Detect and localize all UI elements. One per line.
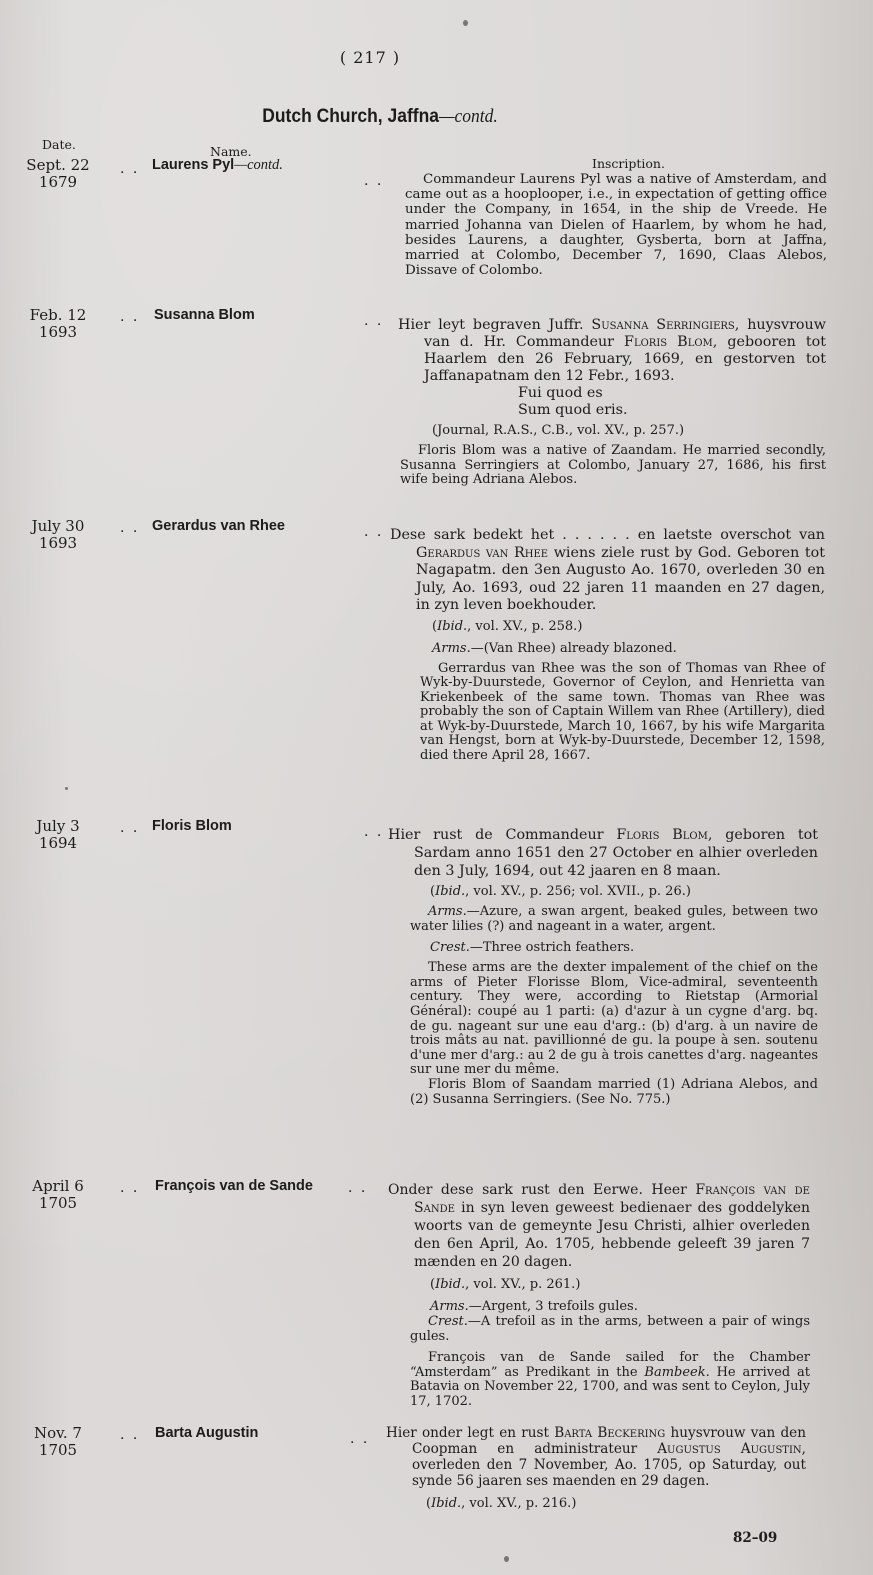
date-day: July 30 [18,518,98,535]
entry-date: April 61705 [18,1178,98,1212]
date-day: July 3 [18,818,98,835]
paper-blemish [463,20,468,26]
biographical-note: Commandeur Laurens Pyl was a native of A… [405,172,827,278]
paper-blemish [504,1556,509,1562]
entry-name: François van de Sande [155,1178,313,1194]
biographical-note: Floris Blom was a native of Zaandam. He … [400,444,826,488]
source-reference: (Ibid., vol. XV., p. 216.) [426,1496,806,1512]
leader-dots: . . [350,1431,369,1447]
column-header-inscription: Inscription. [592,156,665,171]
entry-name: Susanna Blom [154,307,255,323]
date-year: 1693 [18,324,98,341]
biographical-note: These arms are the dexter impalement of … [410,961,818,1078]
biographical-note: Gerrardus van Rhee was the son of Thomas… [420,662,825,764]
page-title: Dutch Church, Jaffna—contd. [30,106,729,128]
date-year: 1679 [18,174,98,191]
entry-date: July 301693 [18,518,98,552]
leader-dots: . . [348,1180,367,1196]
title-suffix: —contd. [439,106,498,127]
leader-dots: . . [120,161,139,177]
date-day: Sept. 22 [18,157,98,174]
verse-line: Sum quod eris. [518,402,826,419]
date-day: April 6 [18,1178,98,1195]
arms-description: Arms.—(Van Rhee) already blazoned. [432,641,825,657]
entry-body: Commandeur Laurens Pyl was a native of A… [405,172,827,278]
date-year: 1694 [18,835,98,852]
leader-dots: . . [364,173,383,189]
book-page: ( 217 ) Dutch Church, Jaffna—contd. Date… [0,0,873,1575]
source-reference: (Ibid., vol. XV., p. 256; vol. XVII., p.… [430,884,818,900]
date-year: 1705 [18,1442,98,1459]
entry-body: Hier onder legt en rust Barta Beckering … [386,1425,806,1512]
leader-dots: . . [364,313,383,329]
biographical-note: Floris Blom of Saandam married (1) Adria… [410,1078,818,1107]
entry-date: July 31694 [18,818,98,852]
biographical-note: François van de Sande sailed for the Cha… [410,1351,810,1409]
entry-body: Hier rust de Commandeur Floris Blom, geb… [388,826,818,1107]
arms-description: Arms.—Azure, a swan argent, beaked gules… [410,905,818,934]
leader-dots: . . [120,520,139,536]
inscription-text: Onder dese sark rust den Eerwe. Heer Fra… [388,1181,810,1271]
crest-description: Crest.—A trefoil as in the arms, between… [410,1315,810,1344]
entry-body: Hier leyt begraven Juffr. Susanna Serrin… [398,317,826,488]
inscription-text: Hier rust de Commandeur Floris Blom, geb… [388,826,818,880]
date-day: Nov. 7 [18,1425,98,1442]
title-text: Dutch Church, Jaffna [262,106,439,127]
inscription-text: Hier onder legt en rust Barta Beckering … [386,1425,806,1489]
verse-line: Fui quod es [518,385,826,402]
page-number: ( 217 ) [0,48,740,67]
name-suffix: —contd. [234,157,283,173]
leader-dots: . . [120,1180,139,1196]
name-text: Laurens Pyl [152,157,234,173]
inscription-verse: Fui quod esSum quod eris. [518,385,826,419]
entry-name: Gerardus van Rhee [152,518,285,534]
source-reference: (Journal, R.A.S., C.B., vol. XV., p. 257… [432,423,826,439]
leader-dots: . . [364,524,383,540]
inscription-text: Hier leyt begraven Juffr. Susanna Serrin… [398,317,826,385]
source-reference: (Ibid., vol. XV., p. 261.) [430,1277,810,1293]
entry-name: Laurens Pyl—contd. [152,157,283,174]
crest-description: Crest.—Three ostrich feathers. [430,940,818,956]
entry-body: Onder dese sark rust den Eerwe. Heer Fra… [388,1181,810,1410]
date-year: 1705 [18,1195,98,1212]
inscription-text: Dese sark bedekt het . . . . . . en laet… [390,527,825,615]
entry-date: Sept. 221679 [18,157,98,191]
date-day: Feb. 12 [18,307,98,324]
leader-dots: . . [120,309,139,325]
leader-dots: . . [120,820,139,836]
entry-date: Feb. 121693 [18,307,98,341]
leader-dots: . . [120,1427,139,1443]
entry-body: Dese sark bedekt het . . . . . . en laet… [390,527,825,764]
column-header-date: Date. [42,137,76,152]
source-reference: (Ibid., vol. XV., p. 258.) [432,619,825,635]
arms-description: Arms.—Argent, 3 trefoils gules. [430,1299,810,1315]
entry-name: Floris Blom [152,818,232,834]
entry-name: Barta Augustin [155,1425,258,1441]
entry-date: Nov. 71705 [18,1425,98,1459]
leader-dots: . . [364,824,383,840]
date-year: 1693 [18,535,98,552]
printer-signature: 82–09 [733,1530,777,1546]
paper-blemish [65,787,68,790]
